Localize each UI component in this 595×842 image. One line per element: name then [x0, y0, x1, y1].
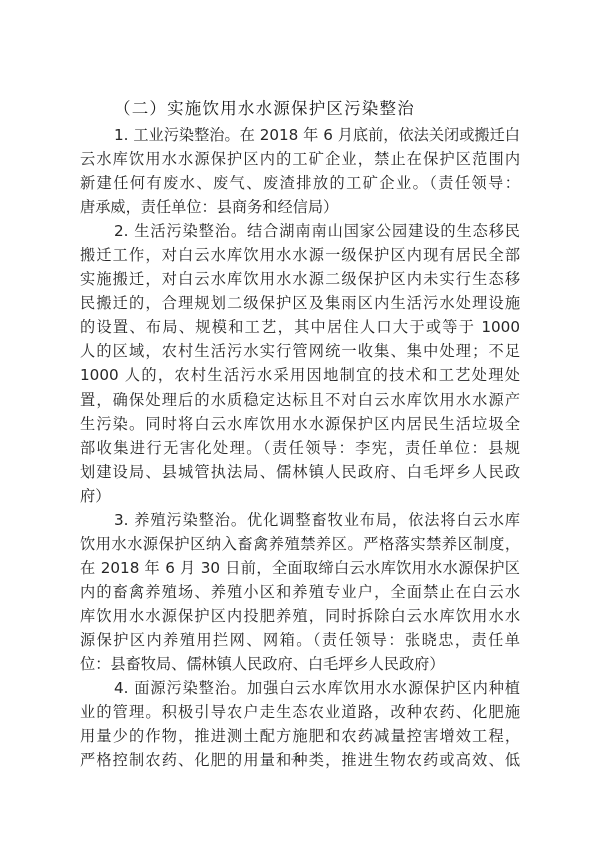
text-line: 生污染。同时将白云水库饮用水水源保护区内居民生活垃圾全 [80, 412, 520, 436]
text-line: 搬迁工作，对白云水库饮用水水源一级保护区内现有居民全部 [80, 243, 520, 267]
text-line: 3. 养殖污染整治。优化调整畜牧业布局，依法将白云水库 [80, 508, 520, 532]
text-line: 新建任何有废水、废气、废渣排放的工矿企业。（责任领导： [80, 171, 520, 195]
text-line: 划建设局、县城管执法局、儒林镇人民政府、白毛坪乡人民政 [80, 460, 520, 484]
page-number: -4- [0, 754, 595, 765]
text-line: 源保护区内养殖用拦网、网箱。（责任领导：张晓忠，责任单 [80, 628, 520, 652]
text-line: 人的区域，农村生活污水实行管网统一收集、集中处理；不足 [80, 339, 520, 363]
text-line: 民搬迁的，合理规划二级保护区及集雨区内生活污水处理设施 [80, 291, 520, 315]
text-line: 用量少的作物，推进测土配方施肥和农药减量控害增效工程， [80, 724, 520, 748]
paragraph-livestock-pollution: 3. 养殖污染整治。优化调整畜牧业布局，依法将白云水库 饮用水水源保护区纳入畜禽… [80, 508, 520, 676]
text-line: 内的畜禽养殖场、养殖小区和养殖专业户，全面禁止在白云水 [80, 580, 520, 604]
text-line: 云水库饮用水水源保护区内的工矿企业，禁止在保护区范围内 [80, 147, 520, 171]
text-line: 的设置、布局、规模和工艺，其中居住人口大于或等于 1000 [80, 315, 520, 339]
text-line: 实施搬迁，对白云水库饮用水水源二级保护区内未实行生态移 [80, 267, 520, 291]
document-body: 1. 工业污染整治。在 2018 年 6 月底前，依法关闭或搬迁白 云水库饮用水… [80, 123, 520, 772]
paragraph-domestic-pollution: 2. 生活污染整治。结合湖南南山国家公园建设的生态移民 搬迁工作，对白云水库饮用… [80, 219, 520, 508]
text-line: 饮用水水源保护区纳入畜禽养殖禁养区。严格落实禁养区制度， [80, 532, 520, 556]
text-line: 1. 工业污染整治。在 2018 年 6 月底前，依法关闭或搬迁白 [80, 123, 520, 147]
text-line: 2. 生活污染整治。结合湖南南山国家公园建设的生态移民 [80, 219, 520, 243]
document-page: （二）实施饮用水水源保护区污染整治 1. 工业污染整治。在 2018 年 6 月… [0, 0, 595, 842]
text-line: 位：县畜牧局、儒林镇人民政府、白毛坪乡人民政府） [80, 652, 520, 676]
text-line: 唐承威，责任单位：县商务和经信局） [80, 195, 520, 219]
text-line: 府） [80, 484, 520, 508]
text-line: 在 2018 年 6 月 30 日前，全面取缔白云水库饮用水水源保护区 [80, 556, 520, 580]
section-heading: （二）实施饮用水水源保护区污染整治 [114, 98, 415, 120]
text-line: 业的管理。积极引导农户走生态农业道路，改种农药、化肥施 [80, 700, 520, 724]
text-line: 库饮用水水源保护区内投肥养殖，同时拆除白云水库饮用水水 [80, 604, 520, 628]
text-line: 部收集进行无害化处理。（责任领导：李宪，责任单位：县规 [80, 436, 520, 460]
paragraph-industrial-pollution: 1. 工业污染整治。在 2018 年 6 月底前，依法关闭或搬迁白 云水库饮用水… [80, 123, 520, 219]
text-line: 4. 面源污染整治。加强白云水库饮用水水源保护区内种植 [80, 676, 520, 700]
text-line: 置，确保处理后的水质稳定达标且不对白云水库饮用水水源产 [80, 388, 520, 412]
text-line: 1000 人的，农村生活污水采用因地制宜的技术和工艺处理处 [80, 363, 520, 387]
